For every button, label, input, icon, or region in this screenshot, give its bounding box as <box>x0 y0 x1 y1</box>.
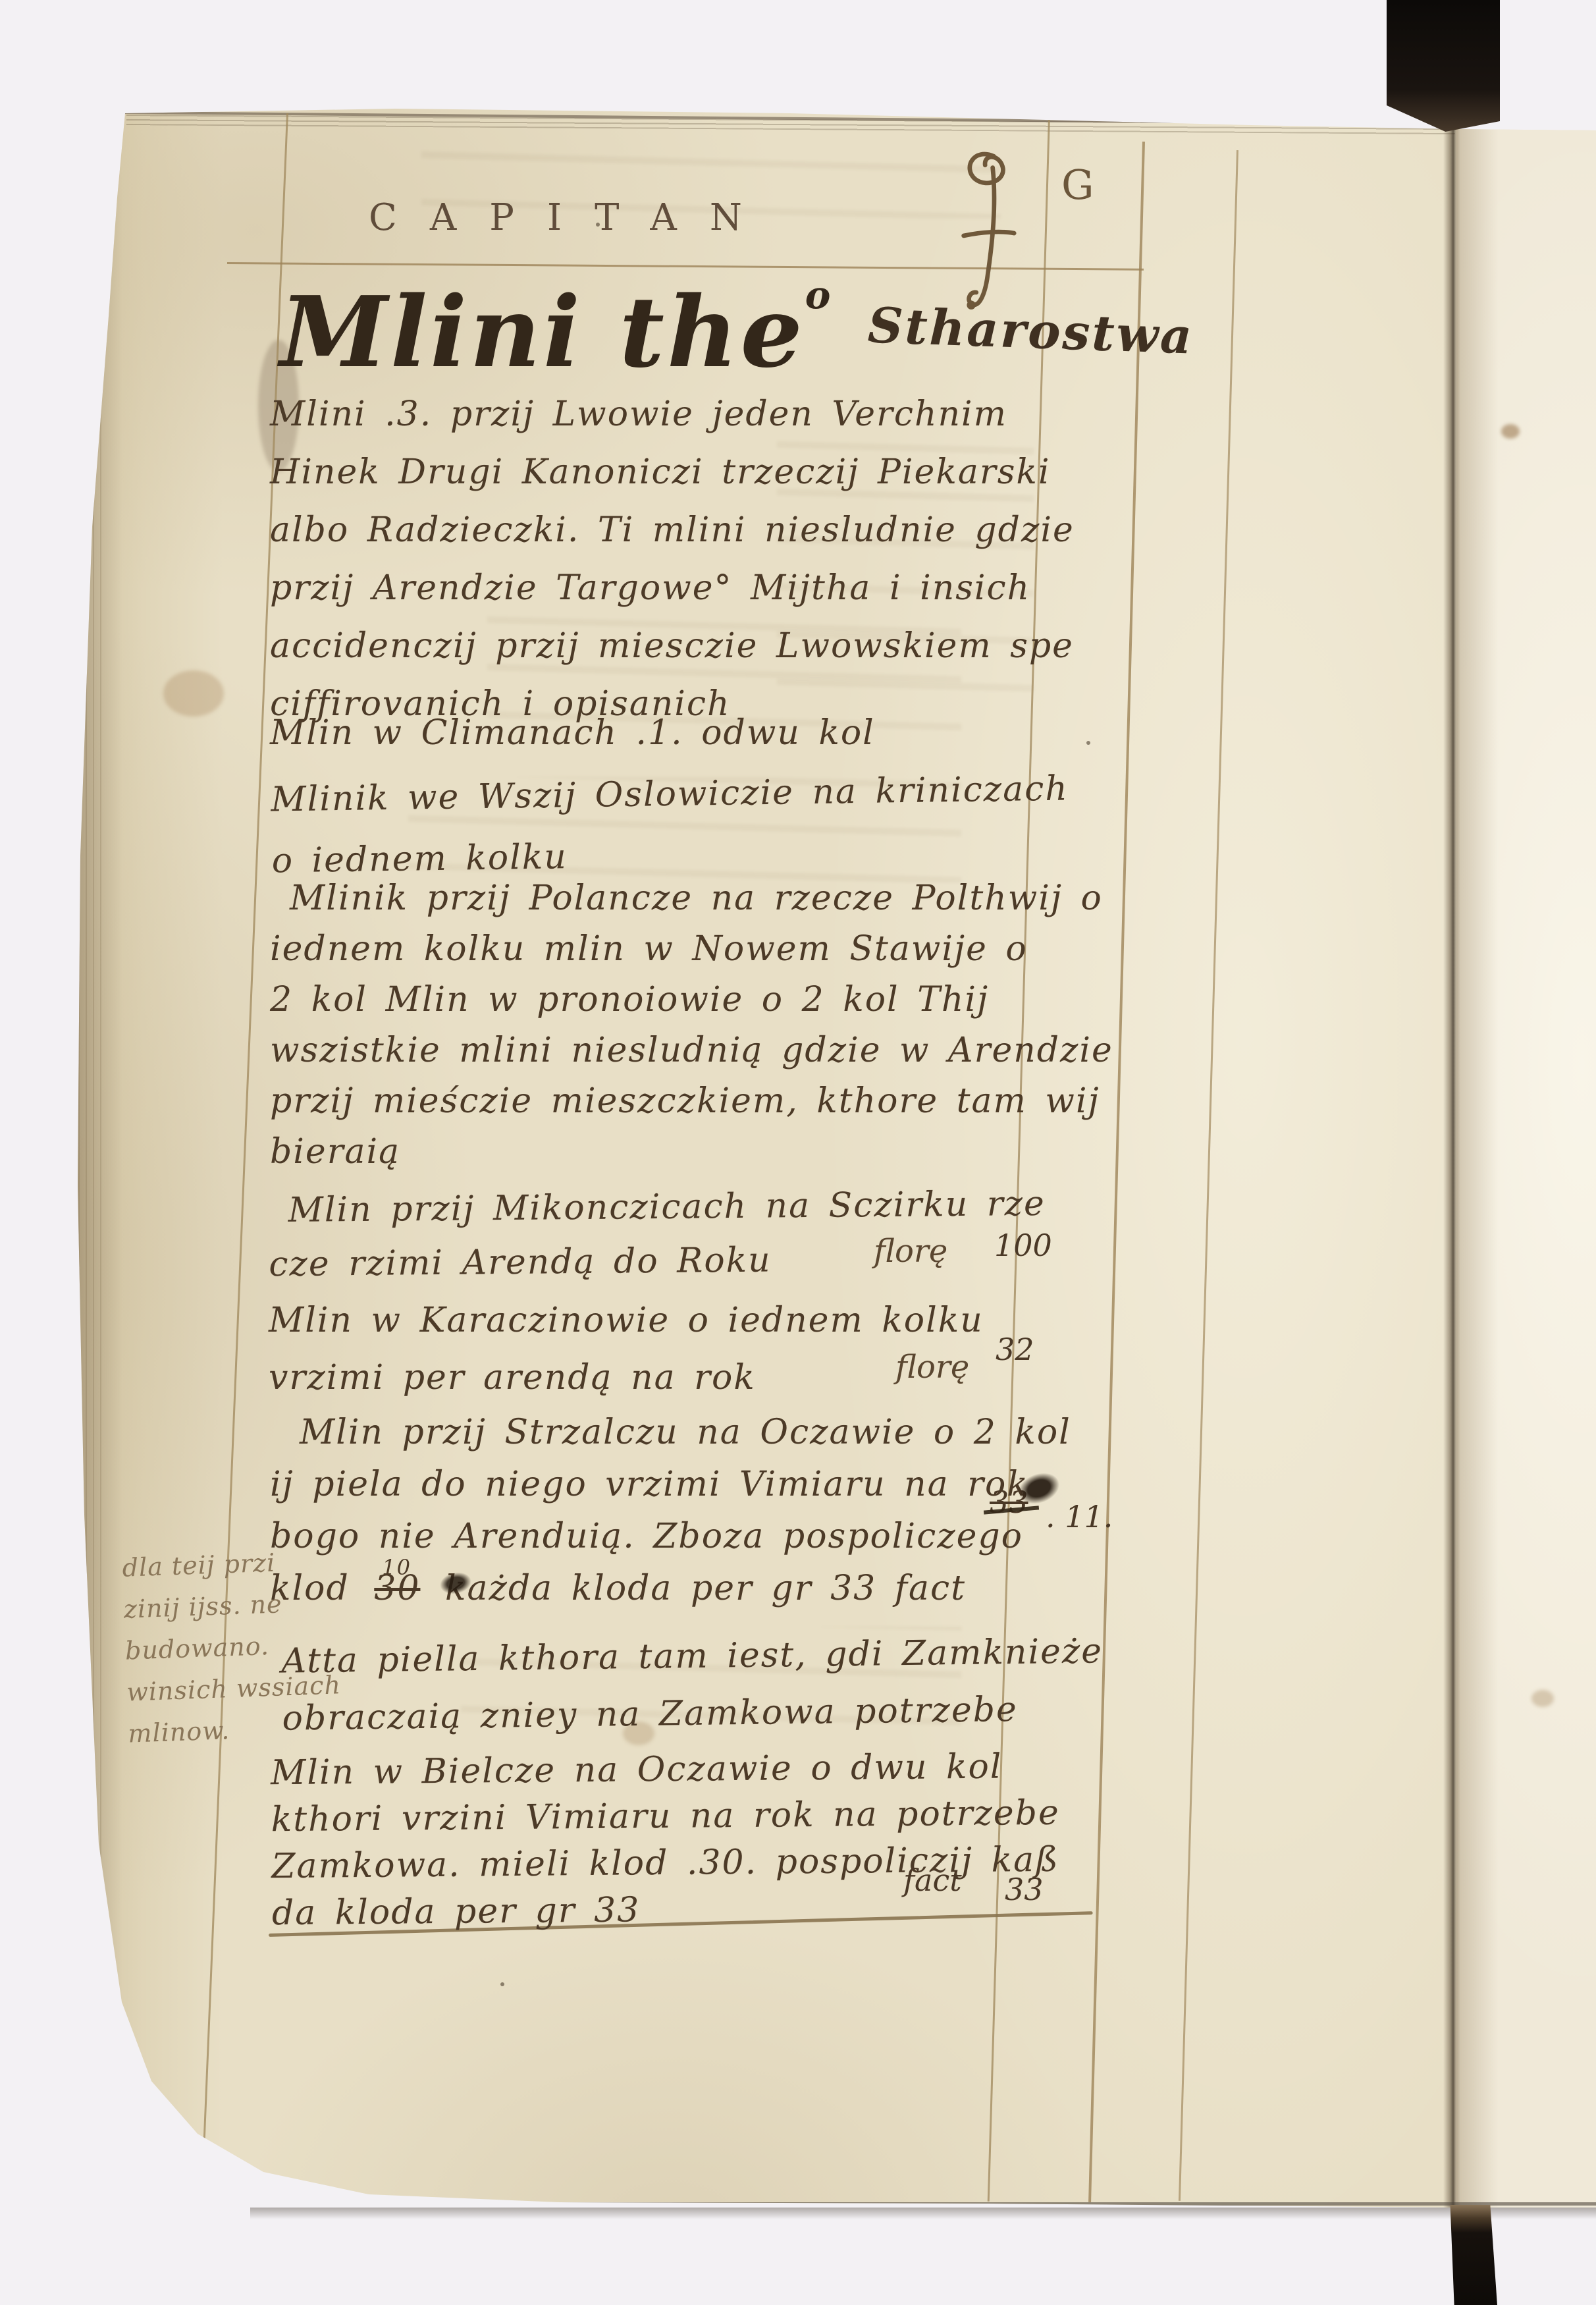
inline-correction: 10 30 <box>374 1563 420 1615</box>
handwritten-line: Atta piella kthora tam iest, gdi Zamknie… <box>281 1623 1104 1690</box>
margin-note: dla teij przi zinij ijss. ne budowano. w… <box>122 1540 344 1754</box>
handwritten-line: 2 kol Mlin w pronoiowie o 2 kol Thij <box>270 975 1113 1025</box>
paragraph-3: Mlinik we Wszij Oslowiczie na kriniczach… <box>271 759 1070 892</box>
margin-note-line: mlinow. <box>127 1706 343 1754</box>
line-suffix: każda kloda per gr 33 fact <box>445 1569 966 1608</box>
amount-row4: 33 <box>1005 1872 1044 1907</box>
amount-row2: 32 <box>996 1332 1034 1367</box>
handwritten-line: przij Arendzie Targowe° Mijtha i insich <box>270 559 1075 617</box>
folio-mark-icon <box>956 146 1019 323</box>
handwritten-line: kthori vrzini Vimiaru na rok na potrzebe <box>271 1790 1060 1843</box>
handwritten-line-with-correction: klod 10 30 każda kloda per gr 33 fact <box>270 1563 1071 1615</box>
handwritten-line: bieraią <box>270 1127 1113 1178</box>
stain <box>163 670 224 717</box>
stain <box>1501 424 1520 439</box>
paragraph-1: Mlini .3. przij Lwowie jeden Verchnim Hi… <box>270 385 1075 733</box>
margin-note-line: budowano. <box>124 1623 340 1671</box>
handwritten-line: accidenczij przij miesczie Lwowskiem spe <box>270 617 1075 675</box>
header-chapter-label: CAPITAN <box>369 196 775 239</box>
handwritten-line: Mlin w Karaczinowie o iednem kolku <box>269 1292 984 1349</box>
section-title: Mlini theo <box>280 273 833 389</box>
handwritten-line: Mlini .3. przij Lwowie jeden Verchnim <box>270 385 1075 443</box>
handwritten-line: Mlin w Climanach .1. odwu kol <box>270 703 875 763</box>
speck <box>500 1982 504 1986</box>
handwritten-line: Mlin w Bielcze na Oczawie o dwu kol <box>271 1743 1060 1797</box>
margin-note-line: zinij ijss. ne <box>123 1581 339 1630</box>
book-page: CAPITAN G Mlini theo Stharostwa Mlini .3… <box>0 0 1596 2305</box>
bookmark-ribbon-bottom <box>1447 2205 1497 2305</box>
paragraph-2: Mlin w Climanach .1. odwu kol <box>270 703 875 763</box>
handwritten-line: Mlinik we Wszij Oslowiczie na kriniczach <box>271 759 1069 831</box>
paragraph-8: Atta piella kthora tam iest, gdi Zamknie… <box>281 1623 1104 1747</box>
margin-note-line: winsich wssiach <box>126 1664 342 1713</box>
margin-note-line: dla teij przi <box>122 1540 338 1588</box>
handwritten-line: wszistkie mlini niesludnią gdzie w Arend… <box>270 1025 1113 1076</box>
handwritten-line: albo Radzieczki. Ti mlini niesludnie gdz… <box>270 501 1075 559</box>
book-gutter-shadow <box>1443 129 1460 2208</box>
handwritten-line: Mlinik przij Polancze na rzecze Polthwij… <box>270 873 1113 924</box>
handwritten-line: iednem kolku mlin w Nowem Stawije o <box>270 924 1113 975</box>
currency-label-row2: florę <box>895 1349 969 1386</box>
paragraph-6: Mlin w Karaczinowie o iednem kolku vrzim… <box>269 1292 984 1407</box>
page-letter: G <box>1061 161 1094 209</box>
bookmark-ribbon-top <box>1387 0 1500 132</box>
handwritten-line: Mlin przij Strzalczu na Oczawie o 2 kol <box>270 1407 1071 1459</box>
title-superscript: o <box>805 273 834 317</box>
facit-label: fact <box>903 1862 962 1898</box>
handwritten-line: vrzimi per arendą na rok <box>269 1349 984 1407</box>
section-subtitle: Stharostwa <box>867 297 1195 365</box>
book-drop-shadow <box>250 2208 1596 2219</box>
next-page-edge <box>1456 129 1596 2208</box>
scanned-manuscript-scene: CAPITAN G Mlini theo Stharostwa Mlini .3… <box>0 0 1596 2305</box>
handwritten-line: obraczaią zniey na Zamkowa potrzebe <box>282 1680 1104 1747</box>
handwritten-line: Hinek Drugi Kanoniczi trzeczij Piekarski <box>270 443 1075 501</box>
ruled-line-outer-right <box>1179 150 1238 2201</box>
speck <box>1086 741 1090 745</box>
currency-label-row1: florę <box>874 1233 947 1270</box>
page-bottom-edge <box>369 2202 1596 2206</box>
paragraph-4: Mlinik przij Polancze na rzecze Polthwij… <box>270 873 1113 1178</box>
correction-new-value: 10 <box>382 1542 412 1594</box>
handwritten-line: Mlin przij Mikonczicach na Sczirku rze <box>268 1177 1046 1237</box>
amount-row3-corrected: . 11. <box>1046 1499 1113 1534</box>
handwritten-line: przij mieśczie mieszczkiem, kthore tam w… <box>270 1076 1113 1127</box>
section-title-text: Mlini the <box>280 275 805 389</box>
amount-row1: 100 <box>994 1228 1052 1263</box>
stain <box>1531 1690 1554 1707</box>
paragraph-7: Mlin przij Strzalczu na Oczawie o 2 kol … <box>270 1407 1071 1615</box>
handwritten-line: ij piela do niego vrzimi Vimiaru na rok <box>270 1459 1071 1511</box>
paragraph-9: Mlin w Bielcze na Oczawie o dwu kol ktho… <box>271 1743 1061 1937</box>
deckle-edge <box>71 109 223 2210</box>
